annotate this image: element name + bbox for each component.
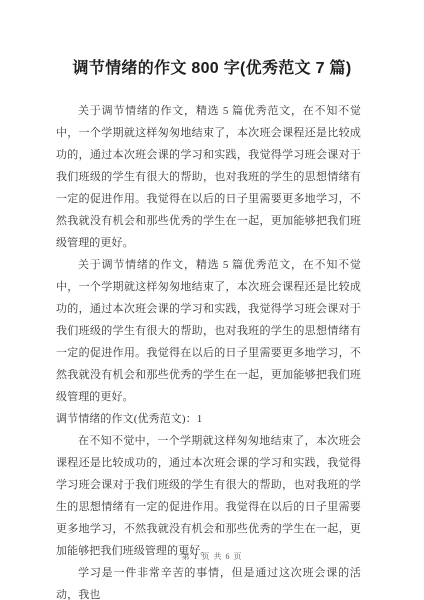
paragraph-intro-2: 关于调节情绪的作文，精选 5 篇优秀范文，在不知不觉中，一个学期就这样匆匆地结束… [56,254,361,408]
document-body: 关于调节情绪的作文，精选 5 篇优秀范文，在不知不觉中，一个学期就这样匆匆地结束… [56,100,361,600]
document-title: 调节情绪的作文 800 字(优秀范文 7 篇) [0,54,424,84]
page-footer: 第 1 页 共 6 页 [0,551,424,563]
document-page: 调节情绪的作文 800 字(优秀范文 7 篇) 关于调节情绪的作文，精选 5 篇… [0,0,424,600]
paragraph-intro-1: 关于调节情绪的作文，精选 5 篇优秀范文，在不知不觉中，一个学期就这样匆匆地结束… [56,100,361,254]
section-heading: 调节情绪的作文(优秀范文)：1 [56,408,361,430]
paragraph-essay-2-truncated: 学习是一件非常辛苦的事情，但是通过这次班会课的活动，我也 [56,562,361,600]
paragraph-essay-1: 在不知不觉中，一个学期就这样匆匆地结束了，本次班会课程还是比较成功的，通过本次班… [56,430,361,562]
